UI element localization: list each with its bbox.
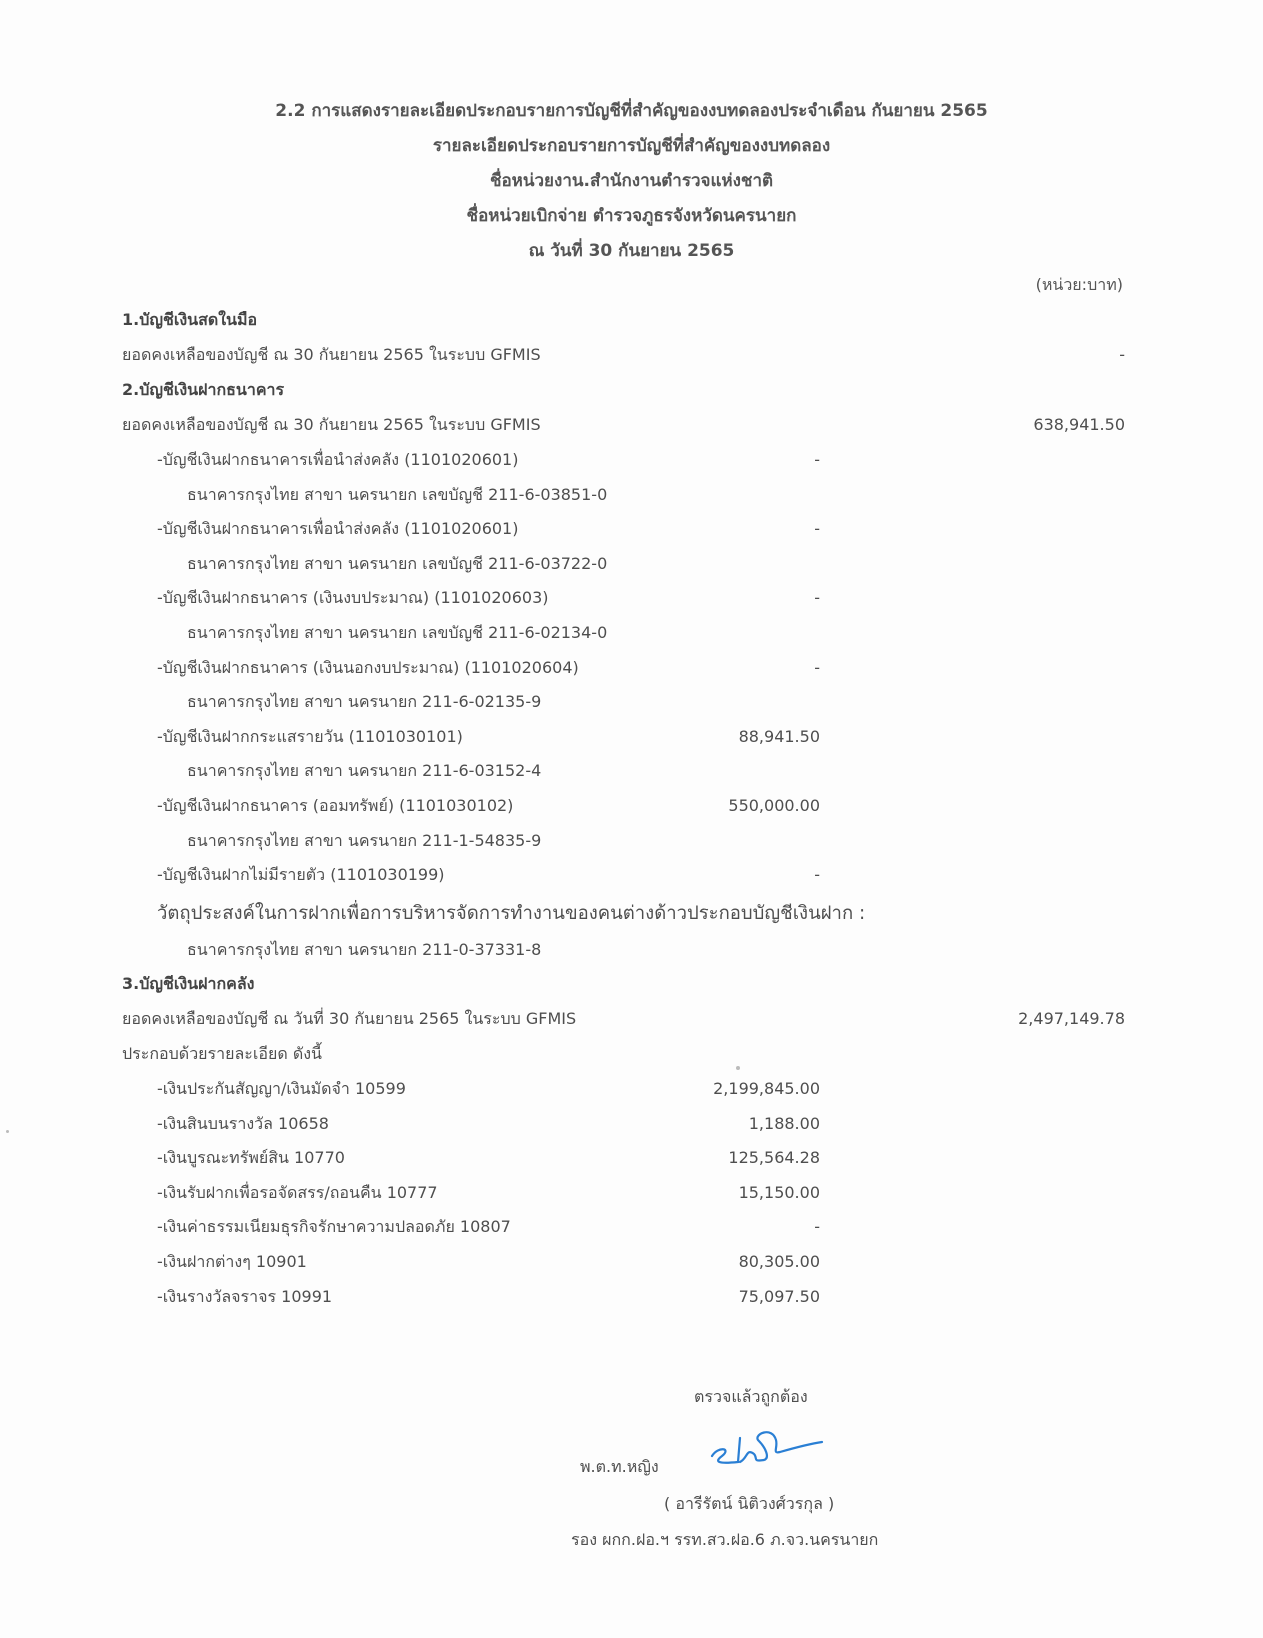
section1-balance-label: ยอดคงเหลือของบัญชี ณ 30 กันยายน 2565 ในร… xyxy=(122,341,541,369)
bank-account-amount: - xyxy=(660,515,820,543)
section3-balance-label: ยอดคงเหลือของบัญชี ณ วันที่ 30 กันยายน 2… xyxy=(122,1005,576,1033)
bank-account-amount: - xyxy=(660,584,820,612)
bank-account-detail: ธนาคารกรุงไทย สาขา นครนายก เลขบัญชี 211-… xyxy=(187,481,607,509)
bank-account-amount: 550,000.00 xyxy=(660,792,820,820)
report-subtitle: รายละเอียดประกอบรายการบัญชีที่สำคัญของงบ… xyxy=(0,131,1263,161)
scan-speck xyxy=(736,1066,740,1070)
bank-account-detail: ธนาคารกรุงไทย สาขา นครนายก 211-1-54835-9 xyxy=(187,827,541,855)
signer-position: รอง ผกก.ฝอ.ฯ รรท.สว.ฝอ.6 ภ.จว.นครนายก xyxy=(571,1528,878,1553)
treasury-item-amount: - xyxy=(660,1213,820,1241)
section3-title: 3.บัญชีเงินฝากคลัง xyxy=(122,970,254,998)
section2-title: 2.บัญชีเงินฝากธนาคาร xyxy=(122,376,284,404)
treasury-item-amount: 15,150.00 xyxy=(660,1179,820,1207)
bank-account-detail: ธนาคารกรุงไทย สาขา นครนายก 211-6-03152-4 xyxy=(187,757,541,785)
bank-account-label: -บัญชีเงินฝากธนาคารเพื่อนำส่งคลัง (11010… xyxy=(157,515,518,543)
treasury-item-label: -เงินรางวัลจราจร 10991 xyxy=(157,1283,332,1311)
disbursing-unit: ชื่อหน่วยเบิกจ่าย ตำรวจภูธรจังหวัดนครนาย… xyxy=(0,201,1263,231)
treasury-item-label: -เงินค่าธรรมเนียมธุรกิจรักษาความปลอดภัย … xyxy=(157,1213,511,1241)
bank-account-label: -บัญชีเงินฝากธนาคาร (ออมทรัพย์) (1101030… xyxy=(157,792,513,820)
purpose-note: วัตถุประสงค์ในการฝากเพื่อการบริหารจัดการ… xyxy=(157,900,865,928)
section2-balance-label: ยอดคงเหลือของบัญชี ณ 30 กันยายน 2565 ในร… xyxy=(122,411,541,439)
bank-account-detail: ธนาคารกรุงไทย สาขา นครนายก เลขบัญชี 211-… xyxy=(187,550,607,578)
signer-name: ( อารีรัตน์ นิติวงศ์วรกุล ) xyxy=(664,1492,834,1517)
signer-rank: พ.ต.ท.หญิง xyxy=(580,1455,659,1480)
bank-account-label: -บัญชีเงินฝากไม่มีรายตัว (1101030199) xyxy=(157,861,445,889)
purpose-bank: ธนาคารกรุงไทย สาขา นครนายก 211-0-37331-8 xyxy=(187,936,541,964)
treasury-item-label: -เงินประกันสัญญา/เงินมัดจำ 10599 xyxy=(157,1075,406,1103)
report-date: ณ วันที่ 30 กันยายน 2565 xyxy=(0,236,1263,266)
bank-account-detail: ธนาคารกรุงไทย สาขา นครนายก เลขบัญชี 211-… xyxy=(187,619,607,647)
verified-label: ตรวจแล้วถูกต้อง xyxy=(694,1385,808,1410)
bank-account-amount: - xyxy=(660,446,820,474)
currency-unit: (หน่วย:บาท) xyxy=(1036,273,1123,298)
treasury-item-amount: 125,564.28 xyxy=(660,1144,820,1172)
bank-account-detail: ธนาคารกรุงไทย สาขา นครนายก 211-6-02135-9 xyxy=(187,688,541,716)
treasury-item-amount: 80,305.00 xyxy=(660,1248,820,1276)
report-title: 2.2 การแสดงรายละเอียดประกอบรายการบัญชีที… xyxy=(0,96,1263,126)
section3-detail-label: ประกอบด้วยรายละเอียด ดังนี้ xyxy=(122,1040,322,1068)
treasury-item-label: -เงินรับฝากเพื่อรอจัดสรร/ถอนคืน 10777 xyxy=(157,1179,438,1207)
section1-title: 1.บัญชีเงินสดในมือ xyxy=(122,306,257,334)
treasury-item-label: -เงินบูรณะทรัพย์สิน 10770 xyxy=(157,1144,345,1172)
bank-account-amount: - xyxy=(660,654,820,682)
treasury-item-label: -เงินฝากต่างๆ 10901 xyxy=(157,1248,307,1276)
signature-mark xyxy=(708,1418,828,1468)
document-page: 2.2 การแสดงรายละเอียดประกอบรายการบัญชีที… xyxy=(0,0,1263,1638)
section2-balance-value: 638,941.50 xyxy=(925,411,1125,439)
bank-account-label: -บัญชีเงินฝากธนาคาร (เงินนอกงบประมาณ) (1… xyxy=(157,654,579,682)
bank-account-label: -บัญชีเงินฝากธนาคาร (เงินงบประมาณ) (1101… xyxy=(157,584,549,612)
bank-account-label: -บัญชีเงินฝากธนาคารเพื่อนำส่งคลัง (11010… xyxy=(157,446,518,474)
treasury-item-label: -เงินสินบนรางวัล 10658 xyxy=(157,1110,329,1138)
treasury-item-amount: 75,097.50 xyxy=(660,1283,820,1311)
agency-name: ชื่อหน่วยงาน.สำนักงานตำรวจแห่งชาติ xyxy=(0,166,1263,196)
bank-account-amount: 88,941.50 xyxy=(660,723,820,751)
section1-balance-value: - xyxy=(925,341,1125,369)
bank-account-amount: - xyxy=(660,861,820,889)
bank-account-label: -บัญชีเงินฝากกระแสรายวัน (1101030101) xyxy=(157,723,463,751)
treasury-item-amount: 2,199,845.00 xyxy=(660,1075,820,1103)
treasury-item-amount: 1,188.00 xyxy=(660,1110,820,1138)
scan-speck xyxy=(6,1130,9,1133)
section3-balance-value: 2,497,149.78 xyxy=(925,1005,1125,1033)
